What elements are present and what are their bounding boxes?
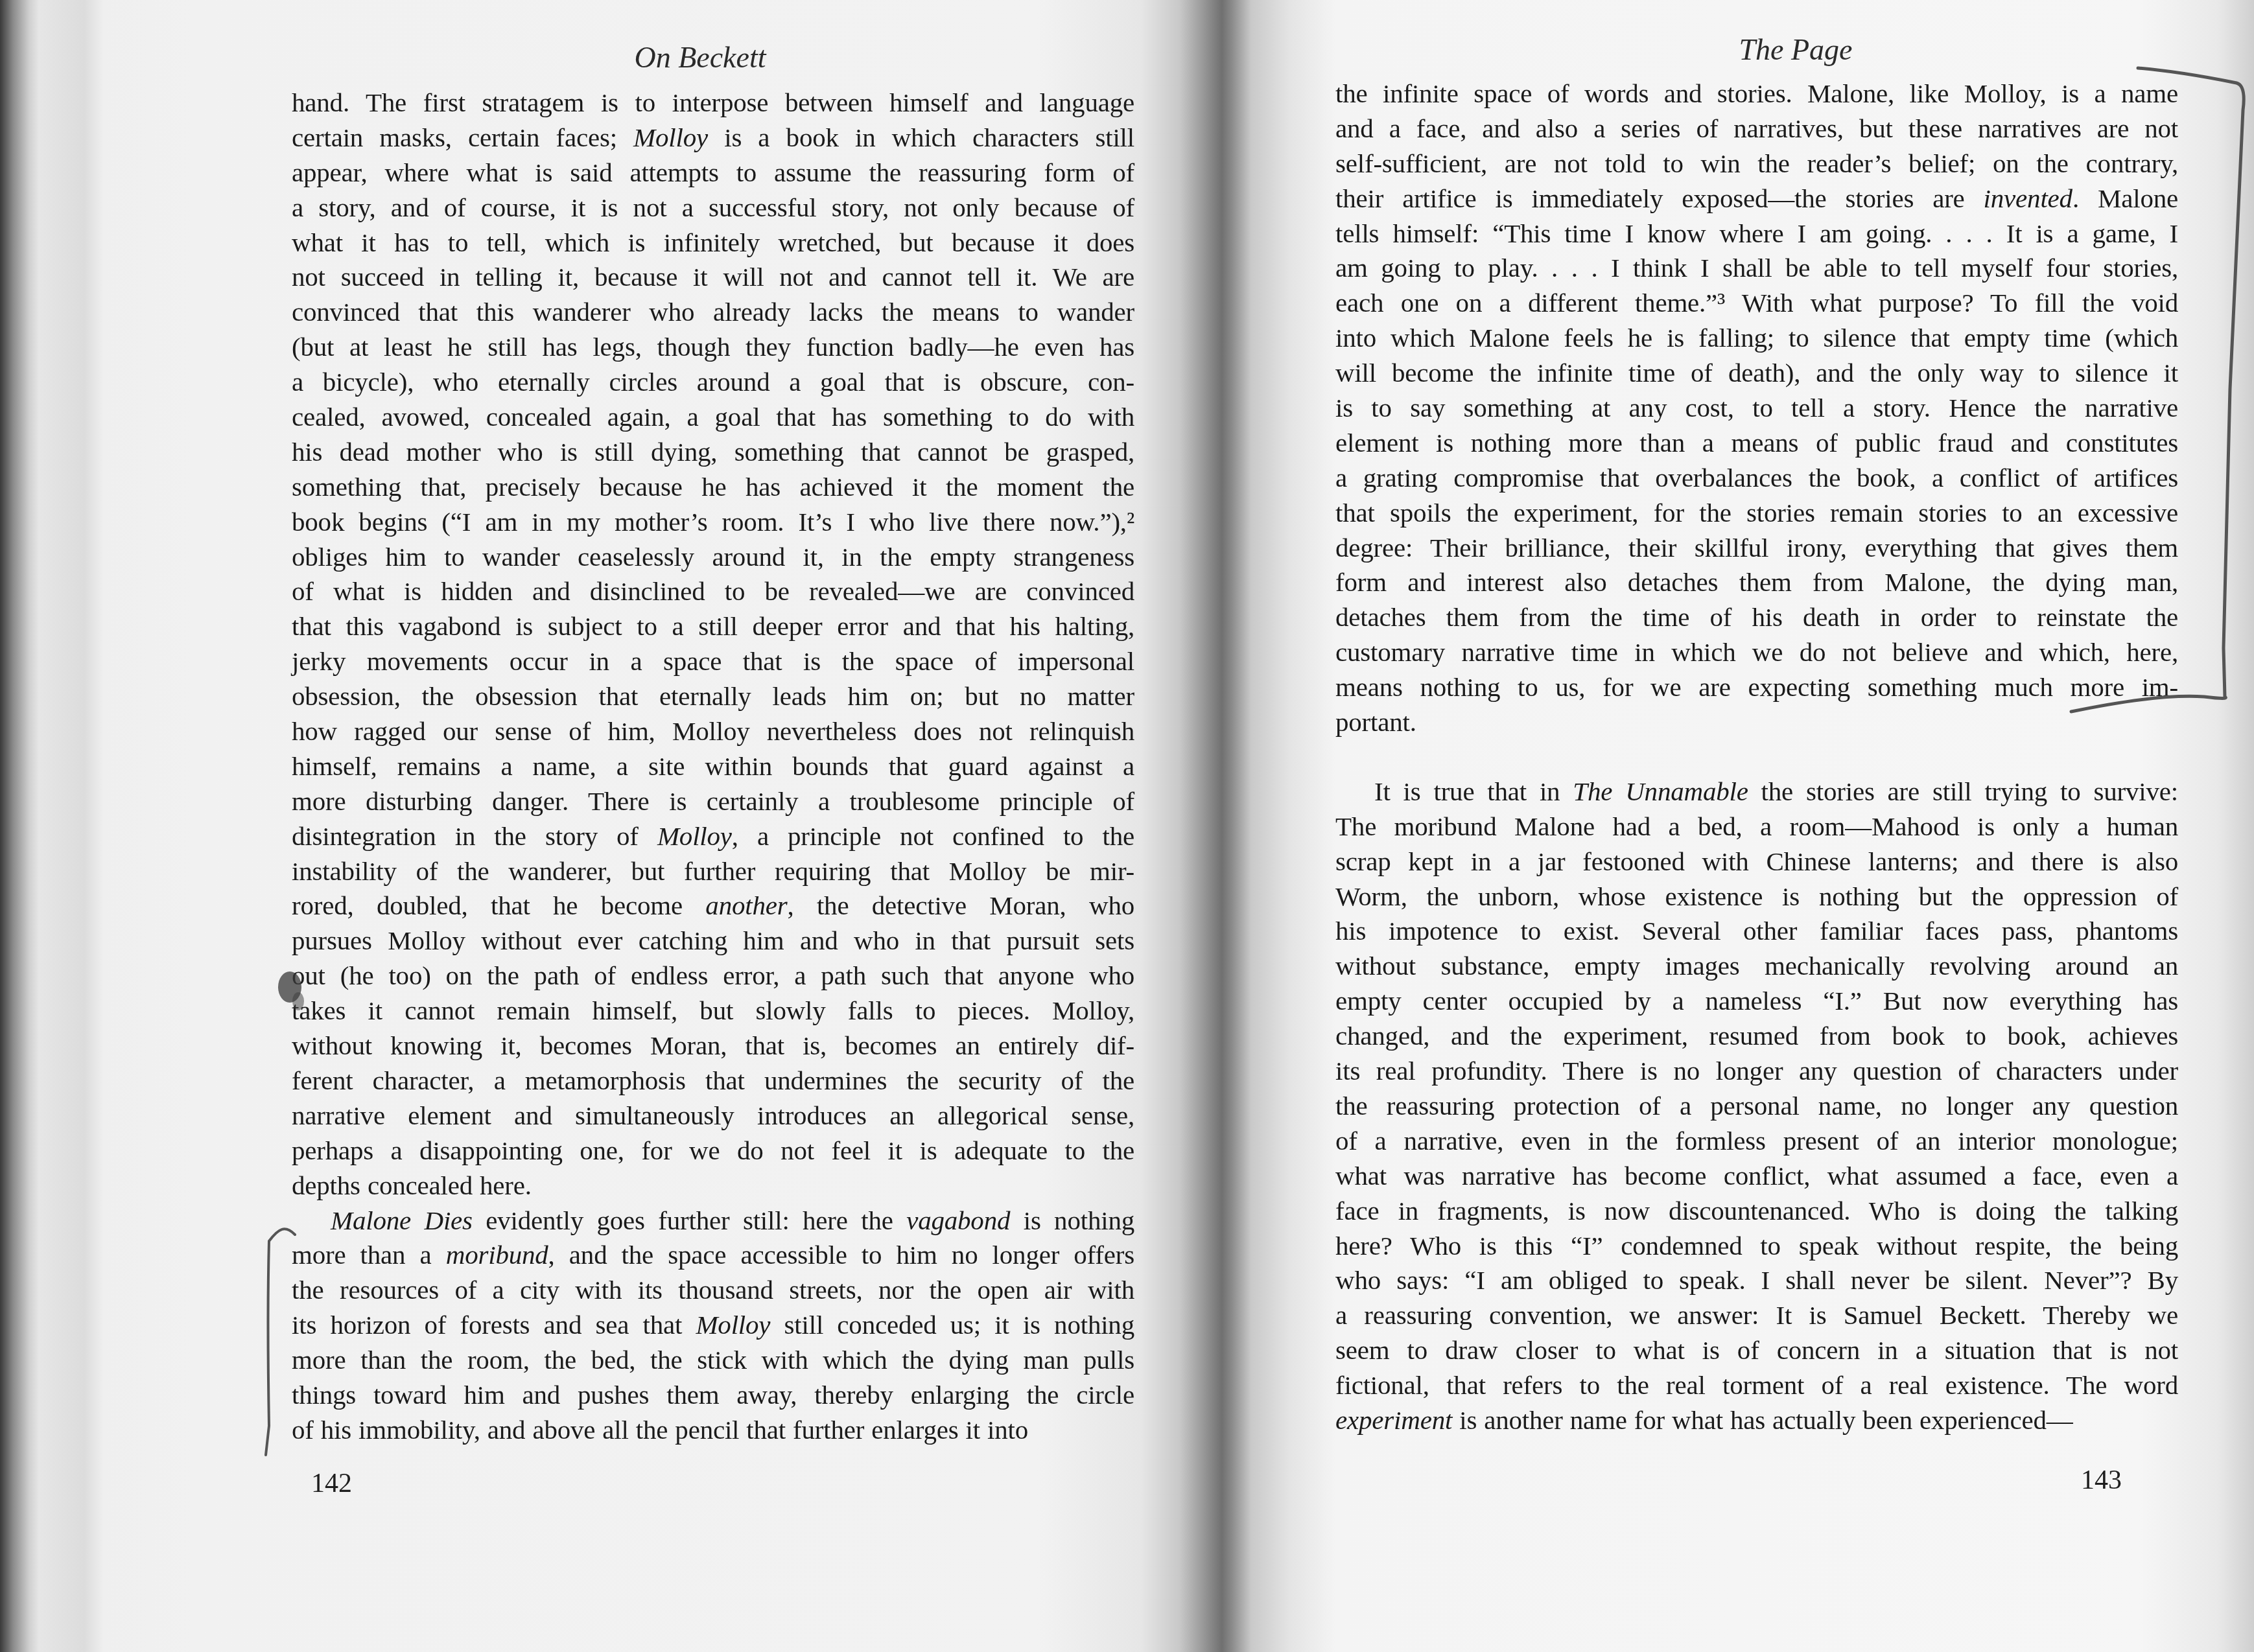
text-line: something that, precisely because he has… (292, 470, 1134, 505)
text-line: his dead mother who is still dying, some… (292, 435, 1134, 470)
right-page-text: the infinite space of words and stories.… (1335, 76, 2178, 1438)
text-line: of his immobility, and above all the pen… (292, 1413, 1134, 1448)
text-line: means nothing to us, for we are expectin… (1335, 670, 2178, 705)
text-line: things toward him and pushes them away, … (292, 1378, 1134, 1413)
text-line: seem to draw closer to what is of concer… (1335, 1333, 2178, 1368)
text-line: scrap kept in a jar festooned with Chine… (1335, 844, 2178, 879)
text-line: not succeed in telling it, because it wi… (292, 260, 1134, 295)
text-line: am going to play. . . . I think I shall … (1335, 251, 2178, 286)
running-head-left: On Beckett (506, 40, 895, 75)
text-line: convinced that this wanderer who already… (292, 295, 1134, 330)
text-line: into which Malone feels he is falling; t… (1335, 321, 2178, 356)
left-page: On Beckett hand. The first stratagem is … (0, 0, 1225, 1652)
running-head-right: The Page (1601, 32, 1990, 67)
text-line: that this vagabond is subject to a still… (292, 609, 1134, 644)
text-line: without substance, empty images mechanic… (1335, 949, 2178, 984)
left-page-text: hand. The first stratagem is to interpos… (292, 86, 1134, 1448)
text-line: that spoils the experiment, for the stor… (1335, 496, 2178, 531)
text-line: rored, doubled, that he become another, … (292, 889, 1134, 924)
text-line: a story, and of course, it is not a succ… (292, 191, 1134, 226)
text-line: a reassuring convention, we answer: It i… (1335, 1298, 2178, 1333)
text-line: their artifice is immediately exposed—th… (1335, 181, 2178, 216)
text-line: (but at least he still has legs, though … (292, 330, 1134, 365)
text-line: obliges him to wander ceaselessly around… (292, 540, 1134, 575)
text-line: takes it cannot remain himself, but slow… (292, 994, 1134, 1029)
text-line: experiment is another name for what has … (1335, 1403, 2178, 1438)
text-line: empty center occupied by a nameless “I.”… (1335, 984, 2178, 1019)
text-line: instability of the wanderer, but further… (292, 854, 1134, 889)
text-line: a grating compromise that overbalances t… (1335, 461, 2178, 496)
text-line: portant. (1335, 705, 2178, 740)
text-line: The moribund Malone had a bed, a room—Ma… (1335, 809, 2178, 844)
text-line: Malone Dies evidently goes further still… (292, 1204, 1134, 1239)
text-line: what was narrative has become conflict, … (1335, 1159, 2178, 1194)
text-line: what it has to tell, which is infinitely… (292, 226, 1134, 261)
text-line: depths concealed here. (292, 1169, 1134, 1204)
text-line: out (he too) on the path of endless erro… (292, 959, 1134, 994)
text-line: form and interest also detaches them fro… (1335, 565, 2178, 600)
text-line: each one on a different theme.”³ With wh… (1335, 286, 2178, 321)
text-line: a bicycle), who eternally circles around… (292, 365, 1134, 400)
text-line: tells himself: “This time I know where I… (1335, 216, 2178, 251)
text-line: appear, where what is said attempts to a… (292, 156, 1134, 191)
text-line: the infinite space of words and stories.… (1335, 76, 2178, 111)
text-line: its real profundity. There is no longer … (1335, 1054, 2178, 1089)
text-line: jerky movements occur in a space that is… (292, 644, 1134, 679)
text-line: perhaps a disappointing one, for we do n… (292, 1134, 1134, 1169)
text-line: customary narrative time in which we do … (1335, 635, 2178, 670)
text-line: degree: Their brilliance, their skillful… (1335, 531, 2178, 566)
text-line: its horizon of forests and sea that Moll… (292, 1308, 1134, 1343)
text-line: element is nothing more than a means of … (1335, 426, 2178, 461)
text-line: book begins (“I am in my mother’s room. … (292, 505, 1134, 540)
text-line: more than the room, the bed, the stick w… (292, 1343, 1134, 1378)
text-line: Worm, the unborn, whose existence is not… (1335, 879, 2178, 914)
text-line: more disturbing danger. There is certain… (292, 784, 1134, 819)
text-line: without knowing it, becomes Moran, that … (292, 1029, 1134, 1064)
text-line: disintegration in the story of Molloy, a… (292, 819, 1134, 854)
text-line: face in fragments, is now discountenance… (1335, 1194, 2178, 1229)
text-line: self-sufficient, are not told to win the… (1335, 146, 2178, 181)
text-line: how ragged our sense of him, Molloy neve… (292, 714, 1134, 749)
text-line: of what is hidden and disinclined to be … (292, 574, 1134, 609)
page-number-left: 142 (311, 1468, 352, 1499)
text-line: his impotence to exist. Several other fa… (1335, 914, 2178, 949)
text-line: detaches them from the time of his death… (1335, 600, 2178, 635)
text-line: who says: “I am obliged to speak. I shal… (1335, 1263, 2178, 1298)
text-line: here? Who is this “I” condemned to speak… (1335, 1229, 2178, 1264)
text-line: the reassuring protection of a personal … (1335, 1089, 2178, 1124)
page-number-right: 143 (2081, 1465, 2122, 1496)
text-line: obsession, the obsession that eternally … (292, 679, 1134, 714)
text-line: more than a moribund, and the space acce… (292, 1238, 1134, 1273)
right-page: The Page the infinite space of words and… (1225, 0, 2254, 1652)
text-line: fictional, that refers to the real torme… (1335, 1368, 2178, 1403)
text-line: will become the infinite time of death),… (1335, 356, 2178, 391)
text-line: cealed, avowed, concealed again, a goal … (292, 400, 1134, 435)
text-line: certain masks, certain faces; Molloy is … (292, 121, 1134, 156)
text-line: It is true that in The Unnamable the sto… (1335, 774, 2178, 809)
text-line: of a narrative, even in the formless pre… (1335, 1124, 2178, 1159)
text-line: ferent character, a metamorphosis that u… (292, 1064, 1134, 1099)
text-line: and a face, and also a series of narrati… (1335, 111, 2178, 146)
text-line: the resources of a city with its thousan… (292, 1273, 1134, 1308)
text-line: hand. The first stratagem is to interpos… (292, 86, 1134, 121)
text-line: changed, and the experiment, resumed fro… (1335, 1019, 2178, 1054)
text-line: narrative element and simultaneously int… (292, 1099, 1134, 1134)
text-line: himself, remains a name, a site within b… (292, 749, 1134, 784)
text-line: is to say something at any cost, to tell… (1335, 391, 2178, 426)
text-line: pursues Molloy without ever catching him… (292, 924, 1134, 959)
